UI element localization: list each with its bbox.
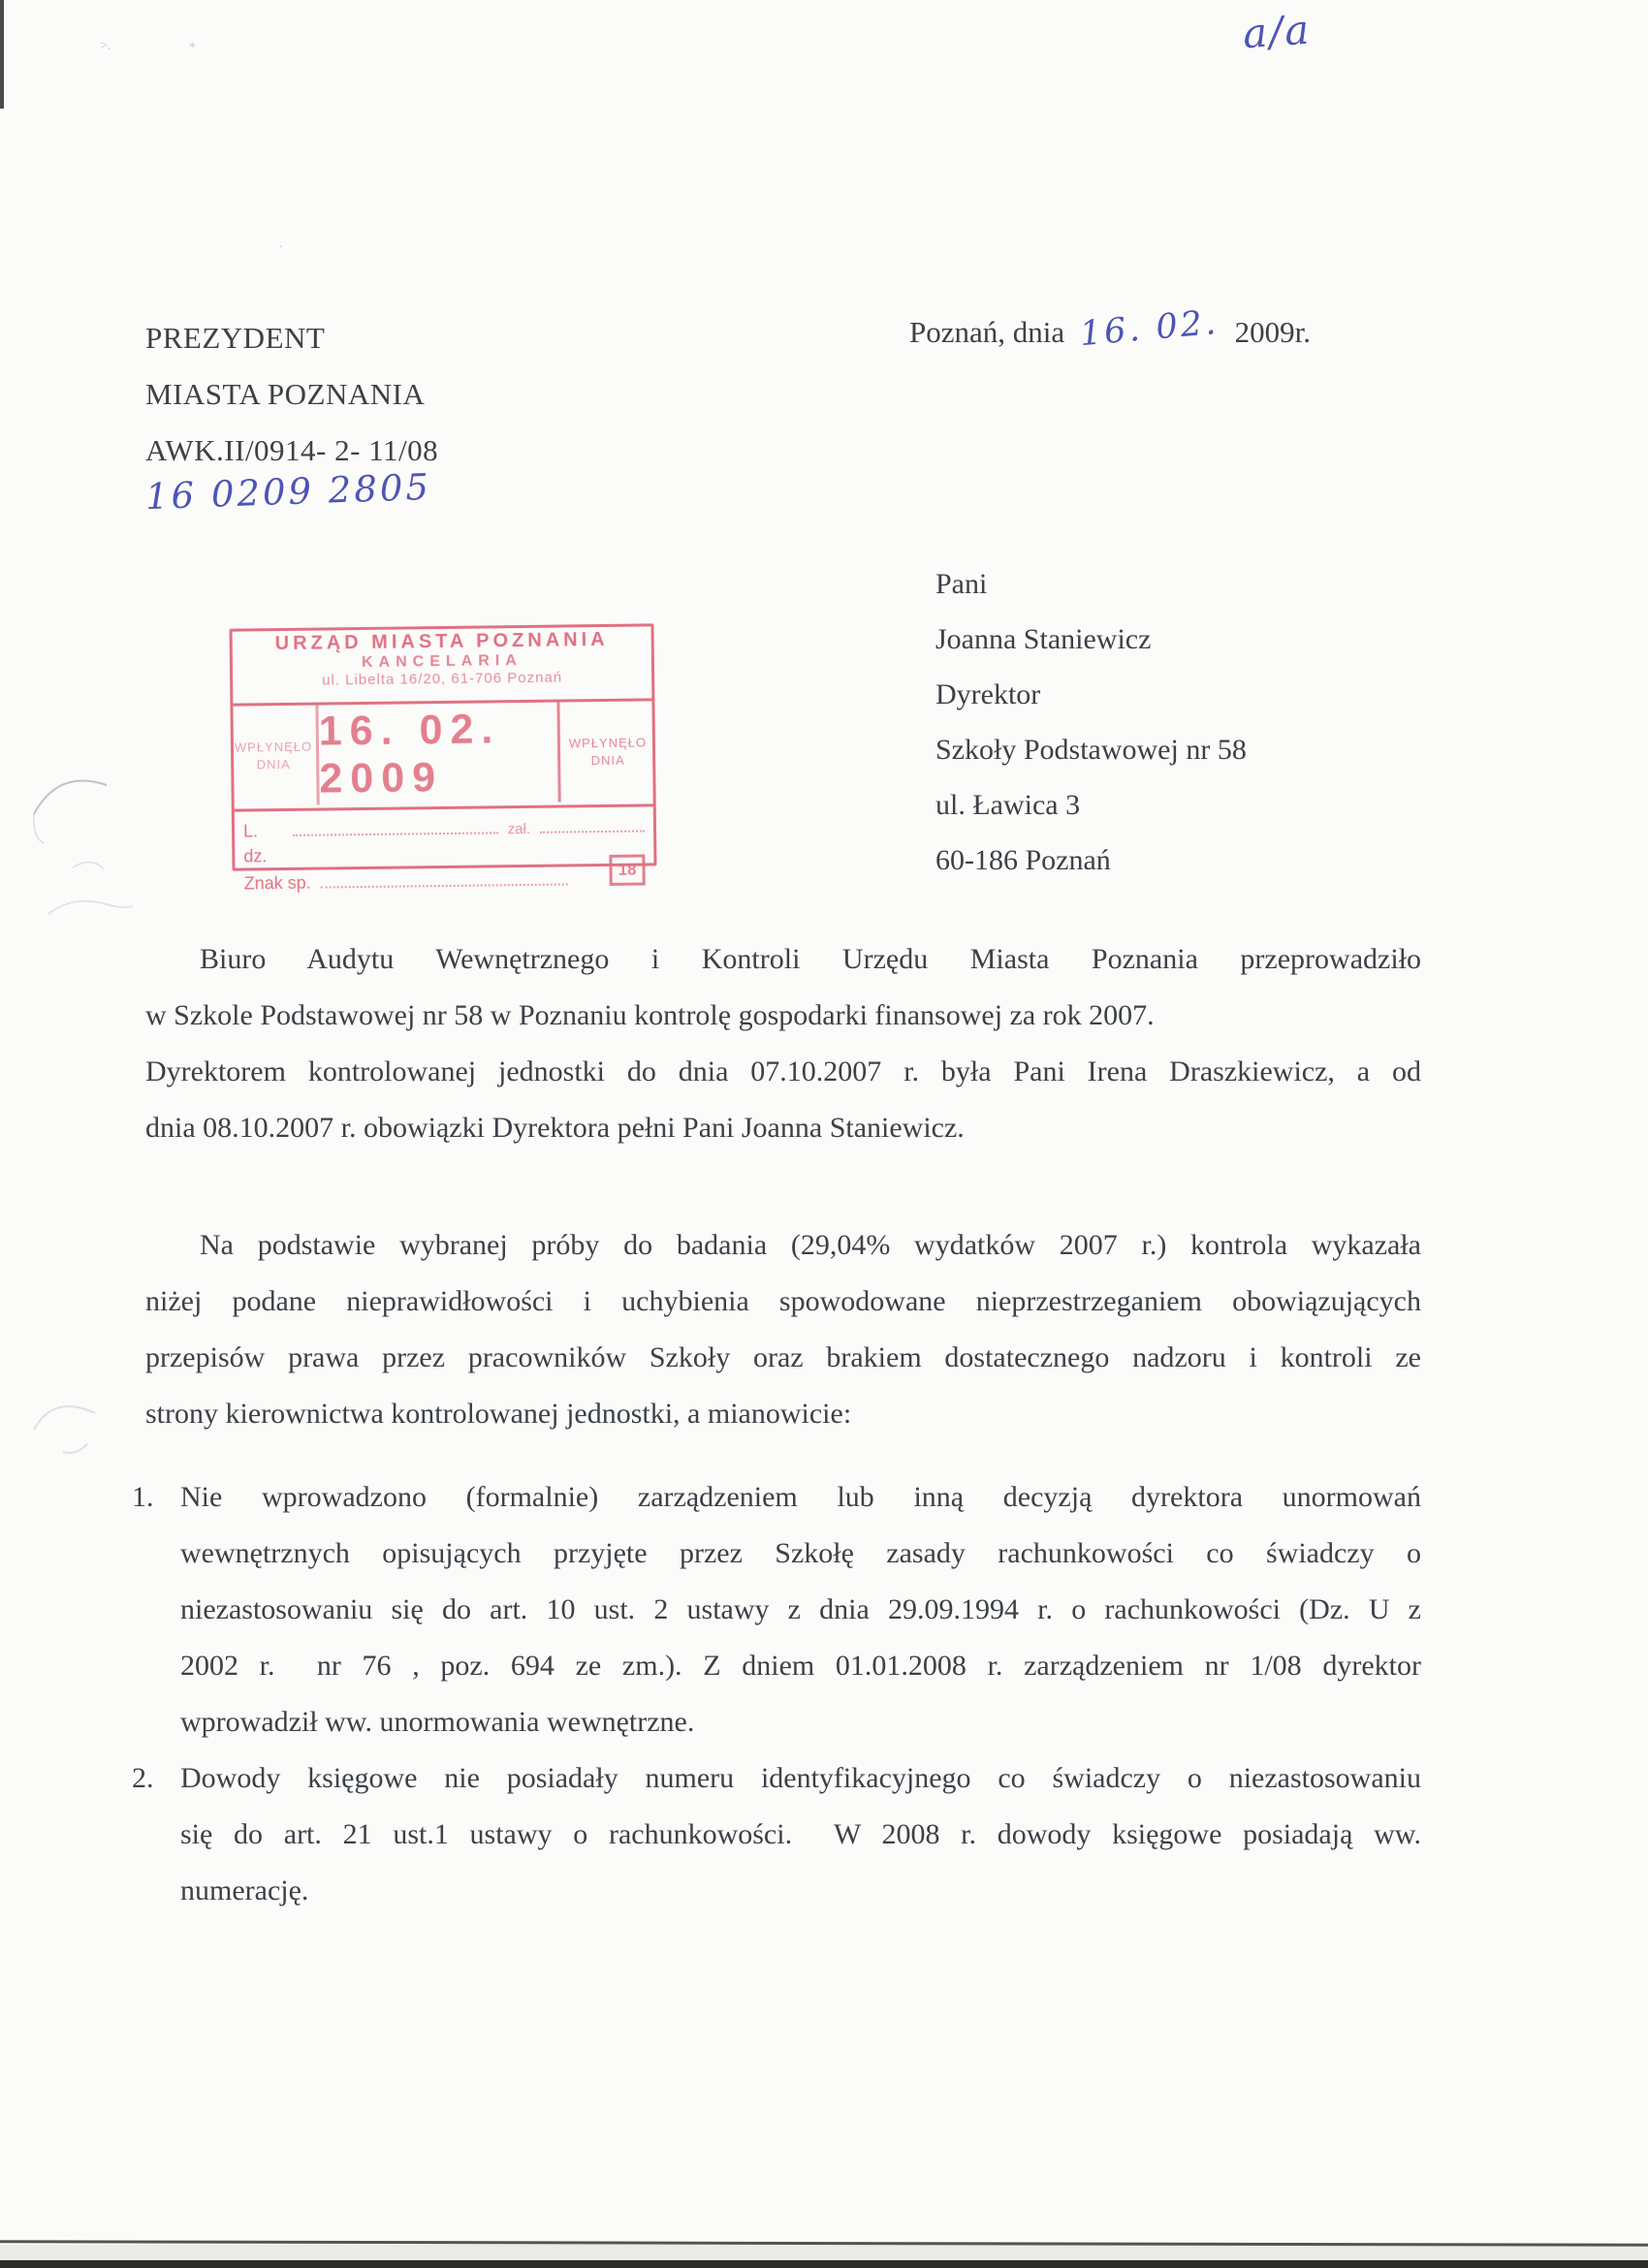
scan-paper-edge [0,2245,1648,2260]
stamp-label-text: WPŁYNĘŁO [235,738,312,756]
scanned-letter-page: >. * . a/a 16 0209 2805 PREZYDENT MIASTA… [0,0,1648,2268]
scan-speck: >. [100,39,111,54]
finding-line: wprowadził ww. unormowania wewnętrzne. [180,1694,1421,1750]
finding-line: Nie wprowadzono (formalnie) zarządzeniem… [180,1469,1421,1526]
recipient-line: Joanna Staniewicz [935,612,1247,667]
recipient-line: 60-186 Poznań [935,833,1247,888]
recipient-line: Dyrektor [935,667,1247,722]
stamp-received-label-left: WPŁYNĘŁO DNIA [230,706,319,806]
paragraph-line: dnia 08.10.2007 r. obowiązki Dyrektora p… [145,1100,1421,1156]
scan-bottom-edge [0,2260,1648,2268]
stamp-label-text: WPŁYNĘŁO [569,734,647,752]
finding-number: 2. [132,1750,154,1807]
scan-pencil-mark [19,1386,126,1473]
scan-speck: . [279,236,283,252]
finding-item-2: 2. Dowody księgowe nie posiadały numeru … [132,1750,1421,1919]
finding-line: 2002 r. nr 76 , poz. 694 ze zm.). Z dnie… [180,1638,1421,1694]
paragraph-line: strony kierownictwa kontrolowanej jednos… [145,1386,1421,1442]
scan-speck: * [189,41,196,56]
stamp-znak-label: Znak sp. [244,870,311,897]
handwritten-aa-note: a/a [1241,6,1312,58]
stamp-label-text: DNIA [257,755,291,772]
dateline-prefix: Poznań, dnia [909,315,1064,350]
finding-line: wewnętrznych opisujących przyjęte przez … [180,1526,1421,1582]
finding-line: numerację. [180,1863,1421,1919]
dateline-year: 2009r. [1235,315,1311,350]
paragraph-line: Biuro Audytu Wewnętrznego i Kontroli Urz… [145,931,1421,988]
stamp-header: URZĄD MIASTA POZNANIA KANCELARIA ul. Lib… [229,623,654,706]
body-paragraph-2: Na podstawie wybranej próby do badania (… [145,1217,1421,1442]
registry-stamp: URZĄD MIASTA POZNANIA KANCELARIA ul. Lib… [229,623,656,870]
finding-text: Dowody księgowe nie posiadały numeru ide… [180,1750,1421,1919]
stamp-dotted-line [321,867,568,888]
stamp-middle-row: WPŁYNĘŁO DNIA 16. 02. 2009 WPŁYNĘŁO DNIA [230,701,655,805]
finding-number: 1. [132,1469,154,1526]
finding-text: Nie wprowadzono (formalnie) zarządzeniem… [180,1469,1421,1750]
stamp-dotted-line [540,814,645,833]
recipient-line: ul. Ławica 3 [935,777,1247,833]
paragraph-line: niżej podane nieprawidłowości i uchybien… [145,1274,1421,1330]
stamp-zal-label: zał. [508,817,531,842]
case-reference-number: AWK.II/0914- 2- 11/08 [145,423,438,479]
recipient-line: Szkoły Podstawowej nr 58 [935,722,1247,777]
dateline: Poznań, dnia 16. 02. 2009r. [909,312,1311,351]
stamp-number-box: 18 [609,854,645,885]
findings-list: 1. Nie wprowadzono (formalnie) zarządzen… [132,1469,1421,1919]
stamp-bottom-rows: L. dz. zał. Znak sp. 18 [232,803,657,870]
sender-title-line2: MIASTA POZNANIA [145,366,438,423]
stamp-dotted-line [293,816,498,836]
stamp-received-label-right: WPŁYNĘŁO DNIA [556,701,655,802]
stamp-ldz-label: L. dz. [243,818,284,869]
stamp-date: 16. 02. 2009 [318,705,557,803]
finding-item-1: 1. Nie wprowadzono (formalnie) zarządzen… [132,1469,1421,1750]
body-paragraph-1: Biuro Audytu Wewnętrznego i Kontroli Urz… [145,931,1421,1156]
stamp-label-text: DNIA [591,751,625,769]
paragraph-line: przepisów prawa przez pracowników Szkoły… [145,1330,1421,1386]
recipient-address-block: PaniJoanna StaniewiczDyrektorSzkoły Pods… [935,556,1247,888]
sender-title-line1: PREZYDENT [145,310,438,366]
sender-header: PREZYDENT MIASTA POZNANIA AWK.II/0914- 2… [145,310,438,479]
scan-pencil-mark [15,751,141,926]
finding-line: niezastosowaniu się do art. 10 ust. 2 us… [180,1582,1421,1638]
recipient-line: Pani [935,556,1247,612]
paragraph-line: Na podstawie wybranej próby do badania (… [145,1217,1421,1274]
finding-line: się do art. 21 ust.1 ustawy o rachunkowo… [180,1807,1421,1863]
finding-line: Dowody księgowe nie posiadały numeru ide… [180,1750,1421,1807]
paragraph-line: Dyrektorem kontrolowanej jednostki do dn… [145,1044,1421,1100]
scan-edge-artifact [0,0,4,109]
stamp-case-row: Znak sp. 18 [244,864,646,899]
paragraph-line: w Szkole Podstawowej nr 58 w Poznaniu ko… [145,988,1421,1044]
handwritten-date: 16. 02. [1078,303,1220,354]
stamp-date-cell: 16. 02. 2009 [318,703,557,805]
stamp-journal-row: L. dz. zał. [243,813,646,868]
